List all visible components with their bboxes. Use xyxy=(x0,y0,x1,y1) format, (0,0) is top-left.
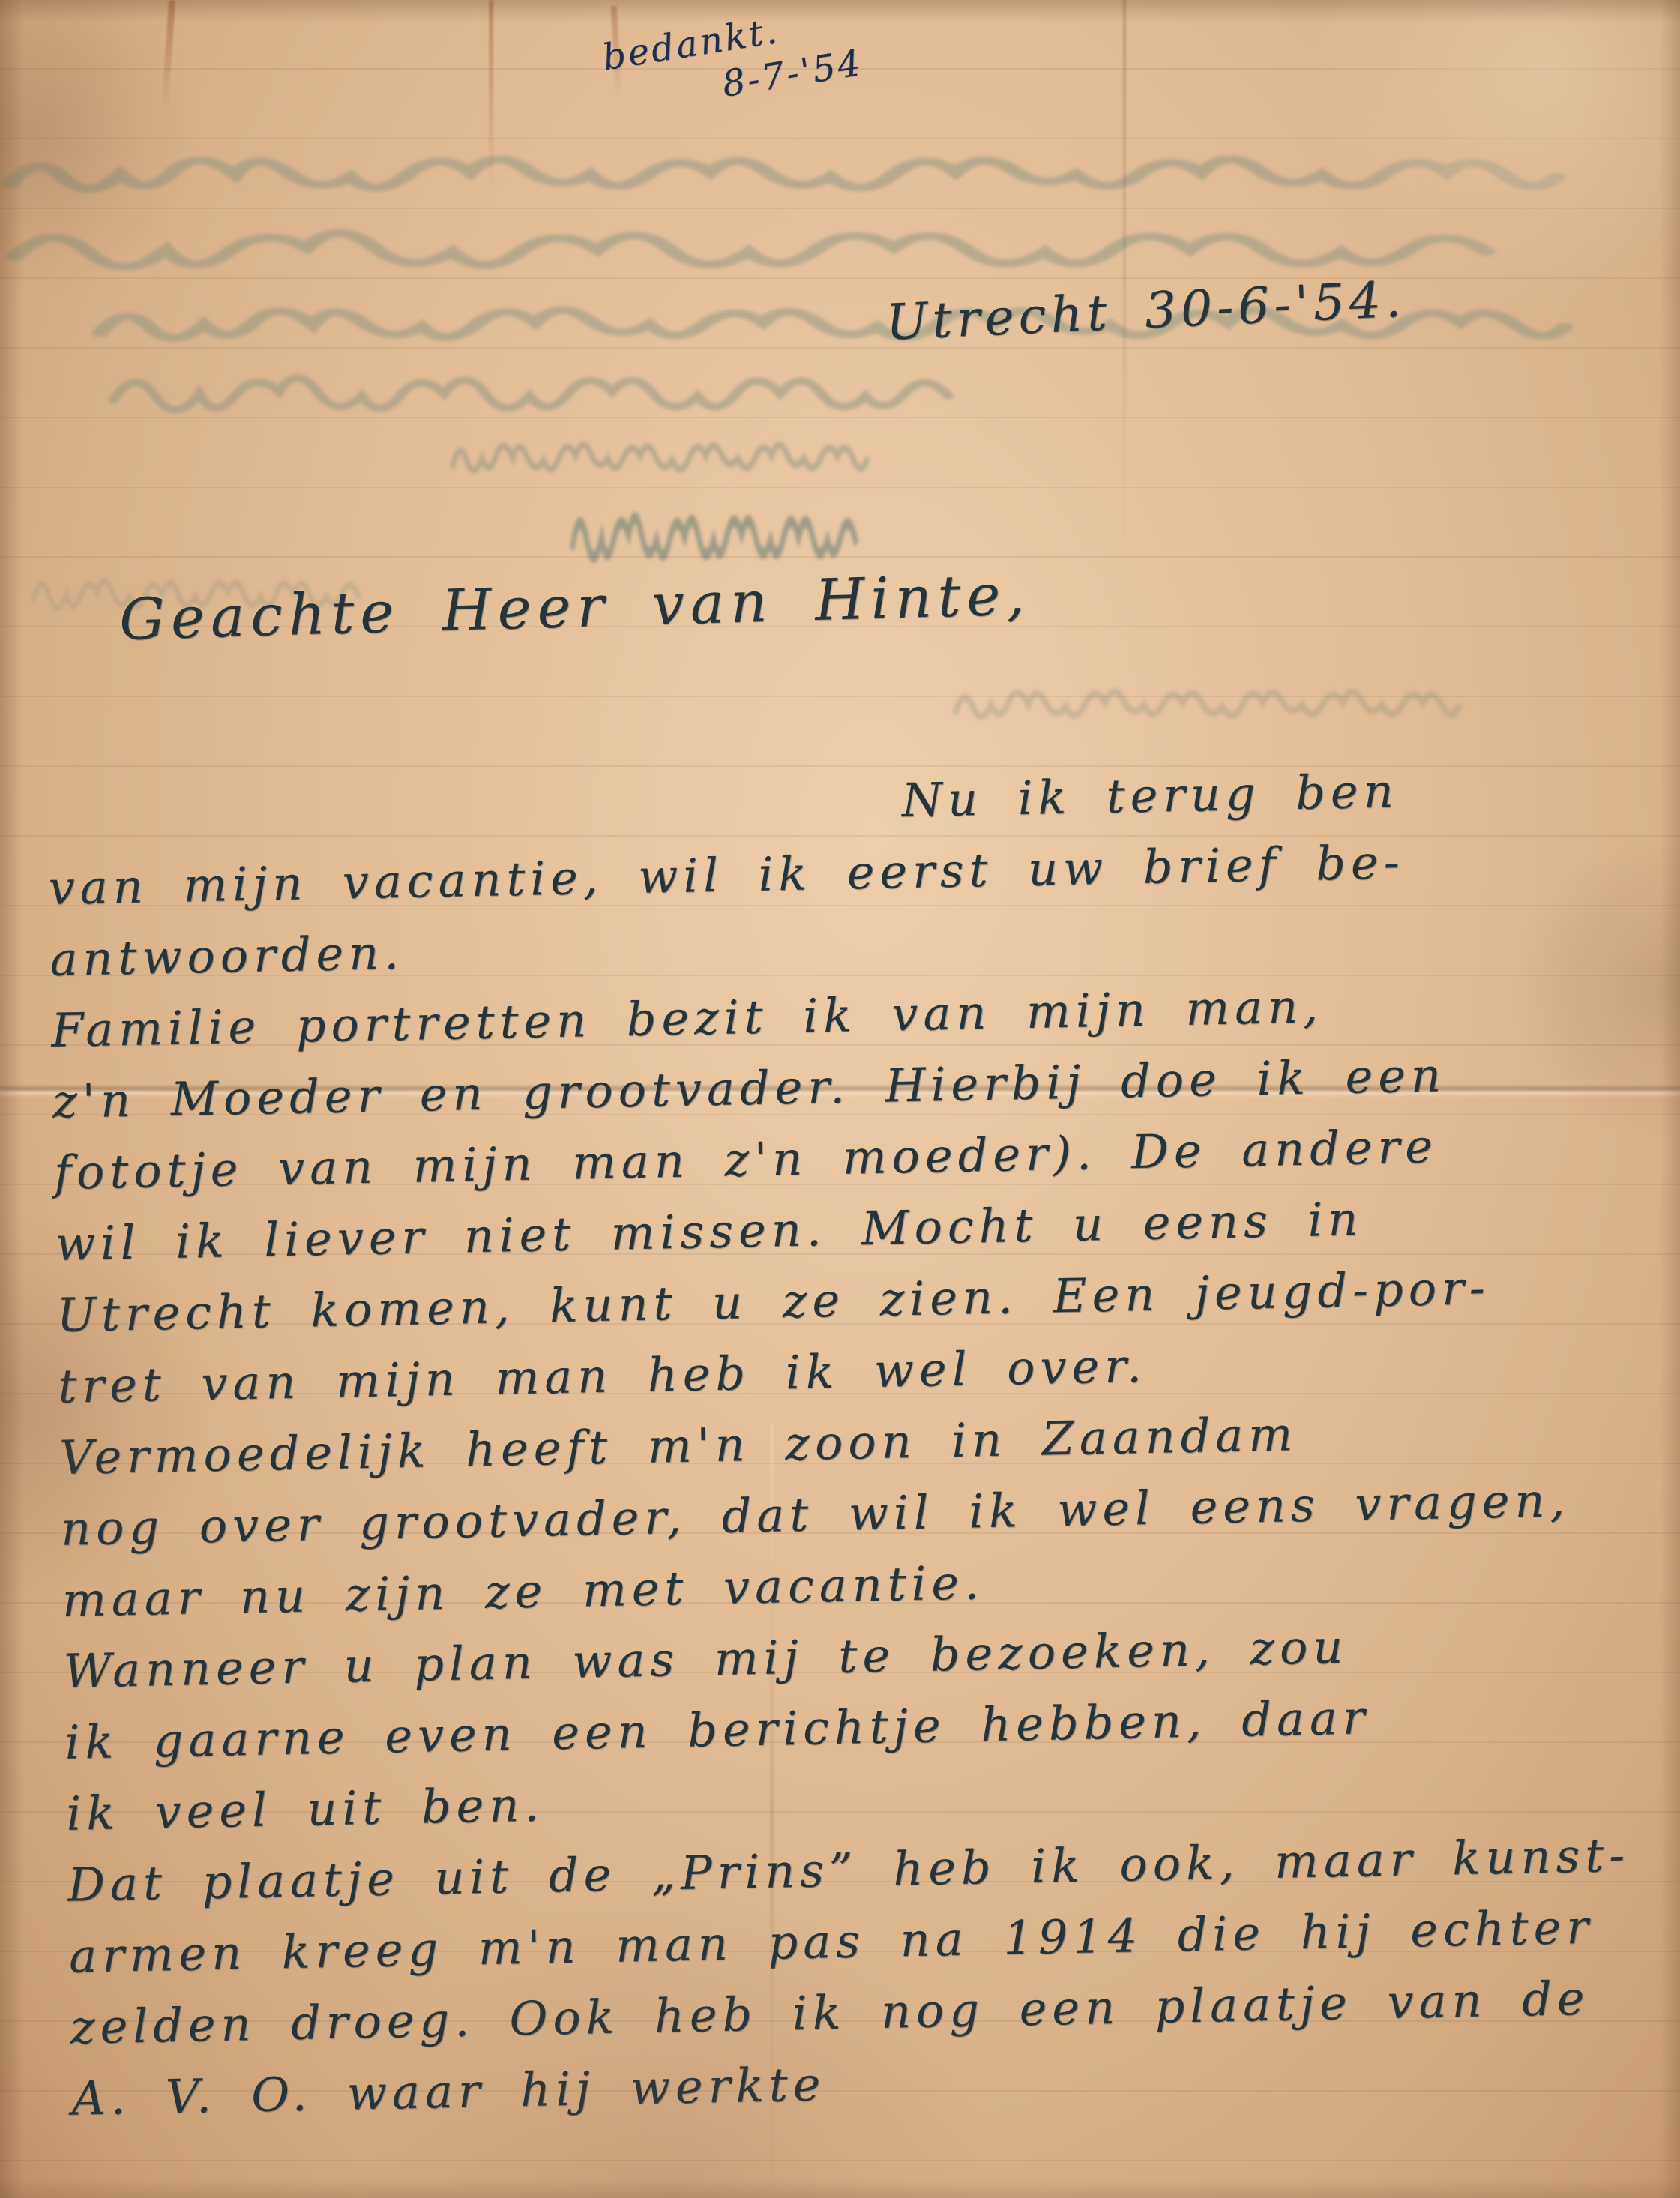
bleedthrough-stroke xyxy=(0,141,1567,208)
rust-streak xyxy=(489,0,493,187)
bleedthrough-stroke xyxy=(952,676,1462,733)
letter-body: Nu ik terug ben van mijn vacantie, wil i… xyxy=(46,750,1680,2134)
bleedthrough-stroke xyxy=(450,429,870,487)
received-annotation: bedankt. 8-7-'54 xyxy=(600,0,866,124)
rust-streak xyxy=(161,0,175,112)
letter-page: bedankt. 8-7-'54 Utrecht 30-6-'54. Geach… xyxy=(0,0,1680,2198)
bleedthrough-stroke xyxy=(105,364,990,427)
fold-crease-vertical-top xyxy=(1123,0,1126,555)
